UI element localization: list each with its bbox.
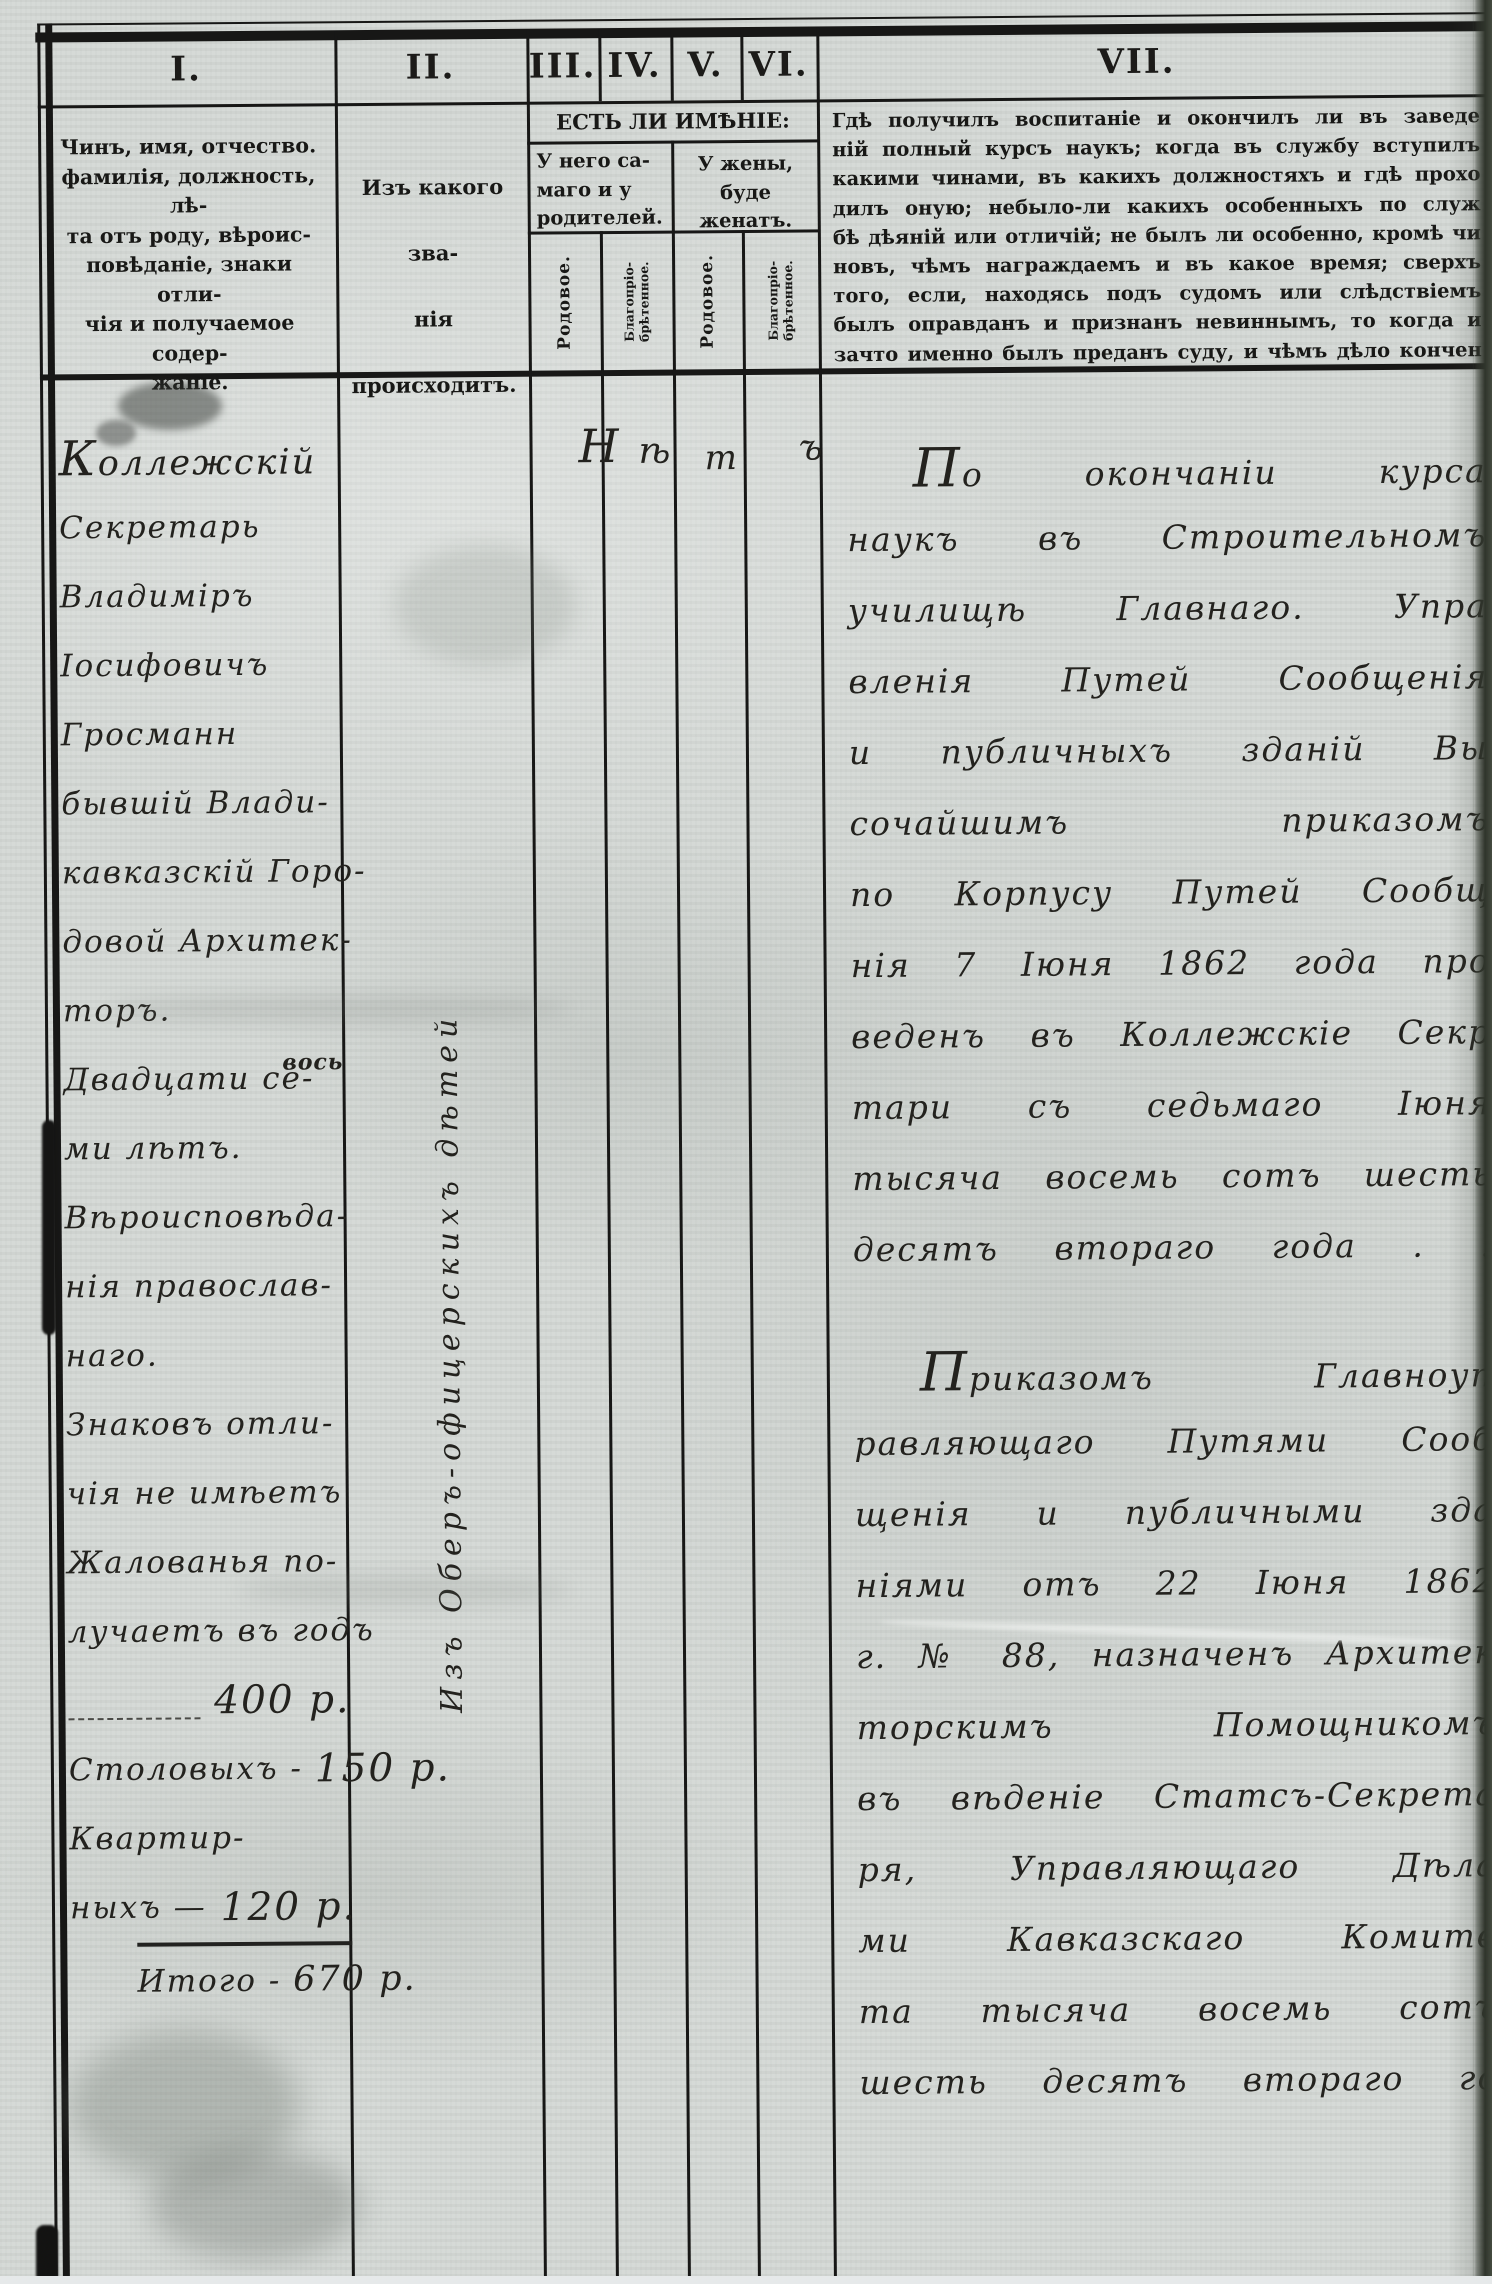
estate-group-title: ЕСТЬ ЛИ ИМѢНІЕ: <box>527 102 819 140</box>
column-numeral-7: VII. <box>816 24 1457 99</box>
estate-answer-letter-3: т <box>704 438 737 478</box>
gutter-shadow <box>1448 0 1474 2284</box>
service-record-line: въ вѣденіе Статсъ-Секрета <box>857 1758 1492 1834</box>
edge-mark <box>42 1120 56 1335</box>
interlinear-correction: вось <box>282 1028 344 1097</box>
decorations-line: Знаковъ отли- <box>66 1389 349 1460</box>
service-record-line: Приказомъ Главноуп <box>854 1332 1492 1408</box>
border-col5-col6 <box>742 230 761 2284</box>
service-record-line: нія 7 Іюня 1862 года про <box>850 925 1491 1001</box>
service-record-line: ми Кавказскаго Комите <box>858 1900 1492 1976</box>
bleed-through-ghost <box>240 1575 570 1605</box>
rank-line: Секретарь <box>59 492 342 563</box>
col7-paragraph-1: По окончаніи курса наукъ въ Строительном… <box>846 428 1492 1285</box>
service-record-line: тысяча восемь сотъ шесть <box>852 1138 1492 1214</box>
col7-header-line: былъ оправданъ и признанъ невиннымъ, то … <box>833 306 1481 340</box>
service-record-line: тари съ седьмаго Іюня <box>851 1067 1492 1143</box>
ink-blot <box>118 382 222 430</box>
service-record-line: вленія Путей Сообщенія <box>848 641 1489 717</box>
rodovoe-label-wife-text: Родовое. <box>697 254 718 349</box>
service-record-line: сочайшимъ приказомъ <box>849 783 1490 859</box>
kvartir-amount: 120 р. <box>220 1872 357 1942</box>
col7-paragraph-2: Приказомъ Главноуп равляющаго Путями Соо… <box>854 1332 1492 2118</box>
service-record-line: по Корпусу Путей Сообщ <box>850 854 1491 930</box>
rodovoe-label-self: Родовое. <box>528 234 601 371</box>
service-record-line: щенія и публичными зда <box>855 1474 1492 1550</box>
service-record-line: и публичныхъ зданій Вы <box>849 712 1490 788</box>
column-numeral-3: III. <box>526 31 599 102</box>
service-record-line: десятъ втораго года . . <box>853 1209 1492 1285</box>
salary-amount-line: 400 р. <box>68 1665 351 1736</box>
itogo-line: Итого - 670 р. <box>70 1941 353 2012</box>
estate-answer-letter-1: Н <box>578 419 619 473</box>
surname-line: Гросманн <box>61 699 344 770</box>
column-numeral-5: V. <box>670 30 741 101</box>
bleed-through-ghost <box>395 545 575 665</box>
border-col3-col4 <box>600 231 619 2284</box>
itogo-label: Итого - <box>137 1963 281 2000</box>
book-gutter-band <box>1472 0 1492 2284</box>
confession-line: нія православ- <box>65 1251 348 1322</box>
service-record-line: шесть десятъ втораго го <box>859 2042 1492 2118</box>
salary-amount: 400 р. <box>214 1665 351 1735</box>
border-col4-col5 <box>671 141 691 2284</box>
column-numeral-6: VI. <box>740 29 817 100</box>
service-record-line: веденъ въ Коллежскіе Секр <box>851 996 1492 1072</box>
confession-line: Вѣроисповѣда- <box>64 1182 347 1253</box>
service-record-line: ніями отъ 22 Іюня 1862 <box>855 1545 1492 1621</box>
itogo-amount: 670 р. <box>293 1959 417 2000</box>
service-record-line: наукъ въ Строительномъ <box>847 499 1488 575</box>
service-record-line: равляющаго Путями Сооб <box>854 1403 1492 1479</box>
estate-answer-letter-2: ѣ <box>638 431 670 472</box>
blago-label-wife: Благопріо- брѣтенное. <box>742 232 819 369</box>
col7-header-line: какими чинами, въ какихъ должностяхъ и г… <box>832 160 1480 194</box>
position-line: кавказскій Горо- <box>62 837 345 908</box>
col2-origin-entry: Изъ Оберъ-офицерскихъ дѣтей <box>394 947 505 1778</box>
column-numeral-4: IV. <box>598 31 671 102</box>
col7-header-line: дилъ оную; небыло-ли какихъ особенныхъ п… <box>833 189 1481 223</box>
kvartir-amount-line: ныхъ — 120 р. <box>70 1872 353 1943</box>
ink-blot <box>96 420 136 446</box>
name-line: Владиміръ <box>59 561 342 632</box>
kvartir-label: ныхъ — <box>70 1873 207 1943</box>
stolovyh-label: Столовыхъ - <box>69 1735 303 1806</box>
column-numeral-2: II. <box>334 32 527 104</box>
decorations-line: чія не имѣетъ <box>66 1458 349 1529</box>
position-line: бывшій Влади- <box>61 768 344 839</box>
estate-self-subhead: У него са- маго и у родителей. <box>532 147 671 234</box>
estate-answer-letter-4: ъ <box>798 427 822 468</box>
name-line: Іосифовичъ <box>60 630 343 701</box>
service-record-line: та тысяча восемь сотъ <box>859 1971 1492 2047</box>
estate-wife-subhead: У жены, буде женатъ. <box>676 149 815 236</box>
smudge <box>150 2150 360 2260</box>
service-record-line: ря, Управляющаго Дѣла <box>857 1829 1492 1905</box>
service-record-line: торскимъ Помощникомъ <box>856 1687 1492 1763</box>
blago-label-self-text: Благопріо- брѣтенное. <box>621 261 652 342</box>
age-line-text: Двадцати се- <box>63 1060 314 1098</box>
itogo-box: Итого - 670 р. <box>137 1941 353 2017</box>
salary-line: лучаетъ въ годъ <box>68 1596 351 1667</box>
rodovoe-label-wife: Родовое. <box>672 233 743 370</box>
kvartir-line: Квартир- <box>69 1803 352 1874</box>
table-money-line: Столовыхъ - 150 р. <box>69 1734 352 1805</box>
col1-header-text: Чинъ, имя, отчество. фамилія, должность,… <box>50 131 328 399</box>
age-line: Двадцати се- вось <box>63 1044 346 1115</box>
bleed-through-ghost <box>110 995 570 1023</box>
col2-origin-text: Изъ Оберъ-офицерскихъ дѣтей <box>429 1012 470 1714</box>
service-record-line: училищѣ Главнаго. Упра <box>848 570 1489 646</box>
scan-bottom-edge <box>0 2276 1492 2284</box>
col7-header-text: Гдѣ получилъ воспитаніе и окончилъ ли въ… <box>832 101 1482 369</box>
edge-mark <box>36 2225 58 2283</box>
age-line: ми лѣтъ. <box>64 1113 347 1184</box>
blago-label-wife-text: Благопріо- брѣтенное. <box>765 260 796 341</box>
dash-leader <box>68 1716 200 1720</box>
confession-line: наго. <box>65 1320 348 1391</box>
position-line: довой Архитек- <box>62 906 345 977</box>
blago-label-self: Благопріо- брѣтенное. <box>600 234 673 371</box>
column-numeral-1: I. <box>37 33 335 105</box>
scanned-service-record-page: I. II. III. IV. V. VI. VII. Чинъ, имя, о… <box>0 0 1492 2284</box>
col2-header-text: Изъ какого зва- нія происходитъ. <box>341 154 525 419</box>
service-record-line: По окончаніи курса <box>846 428 1487 504</box>
formular-table: I. II. III. IV. V. VI. VII. Чинъ, имя, о… <box>0 0 1492 2284</box>
col7-header-line: зачто именно былъ преданъ суду, и чѣмъ д… <box>834 335 1482 369</box>
col1-handwritten-entry: Коллежскій Секретарь Владиміръ Іосифович… <box>58 423 352 2012</box>
rodovoe-label-self-text: Родовое. <box>554 255 575 350</box>
